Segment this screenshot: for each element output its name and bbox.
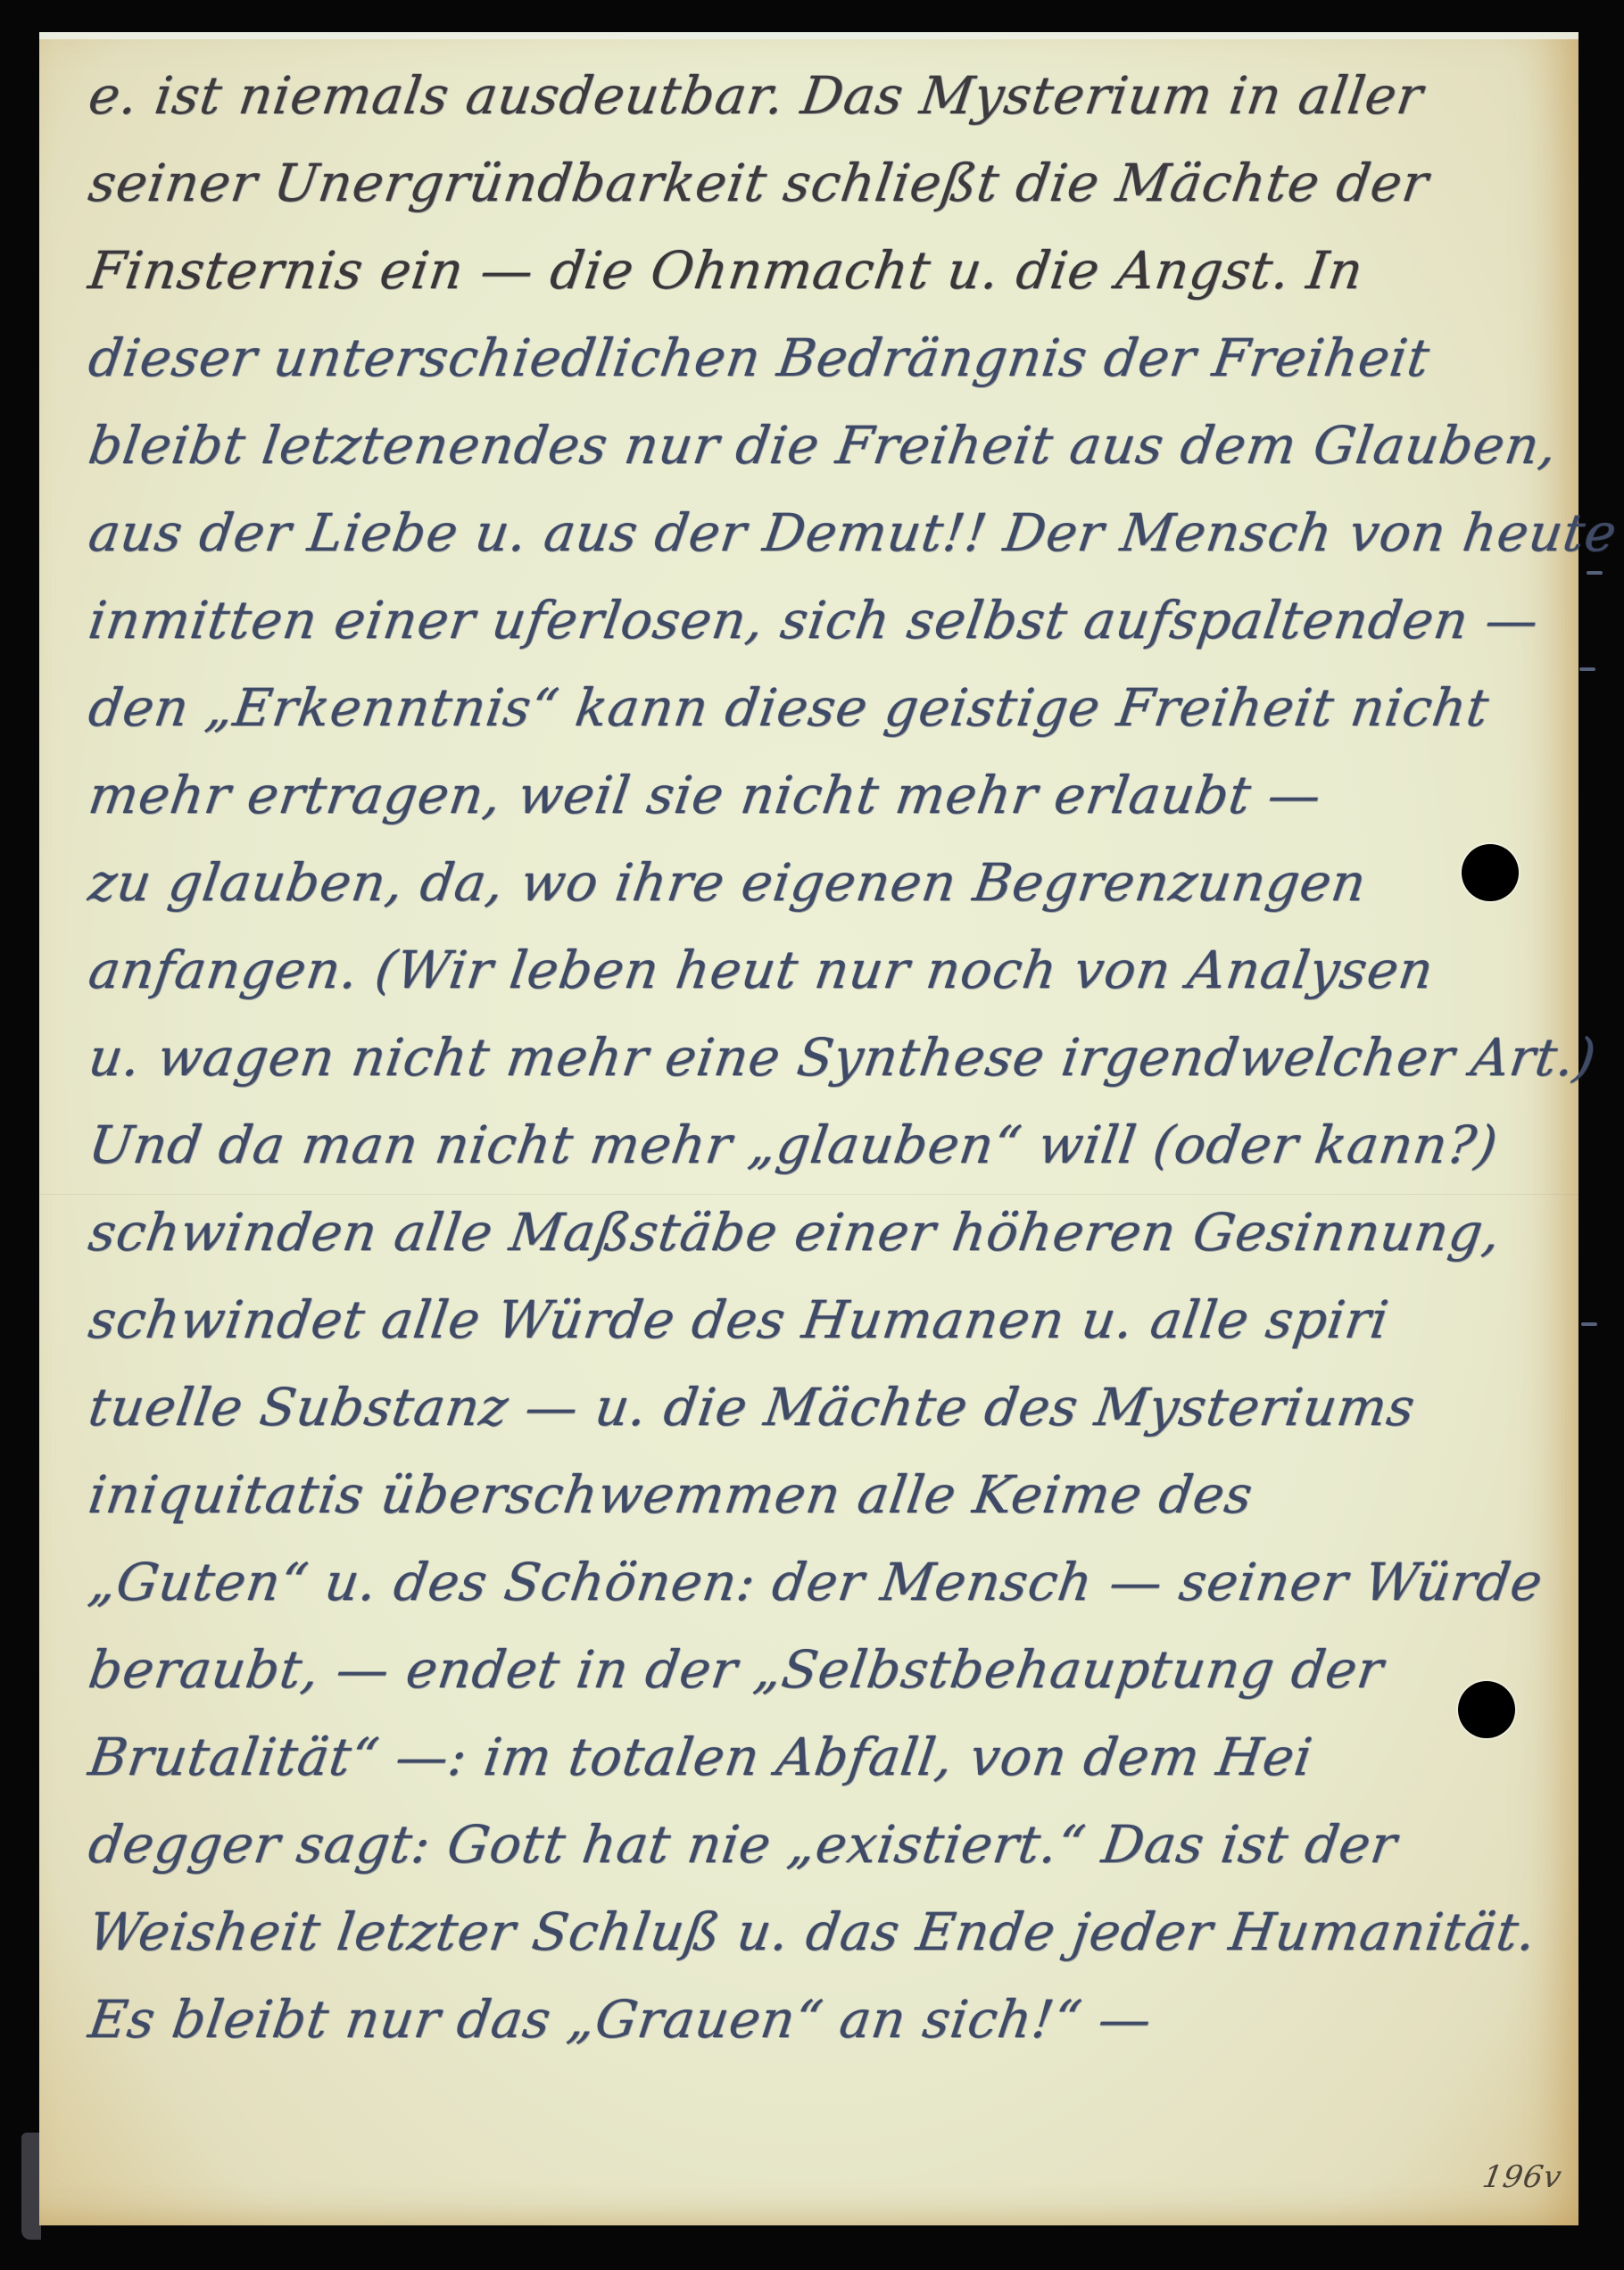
manuscript-line: beraubt, — endet in der „Selbstbehauptun… [83, 1626, 1523, 1713]
manuscript-line: inmitten einer ufer­losen, sich selbst a… [83, 576, 1523, 664]
margin-hyphen-mark [1587, 571, 1603, 575]
manuscript-line: Es bleibt nur das „Grauen“ an sich!“ — [83, 1976, 1523, 2063]
manuscript-line: e. ist niemals ausdeutbar. Das Mysterium… [83, 52, 1523, 139]
underlying-page-edge [21, 2133, 41, 2240]
manuscript-line: seiner Unergründbarkeit schließt die Mäc… [83, 139, 1523, 227]
manuscript-line: schwinden alle Maßstäbe einer höheren Ge… [83, 1189, 1523, 1276]
punch-hole-lower [1458, 1681, 1515, 1738]
margin-hyphen-mark [1581, 1322, 1597, 1326]
manuscript-line: u. wagen nicht mehr eine Synthese irgend… [83, 1014, 1523, 1101]
manuscript-line: bleibt letztenendes nur die Freiheit aus… [83, 402, 1523, 489]
manuscript-line: Brutalität“ —: im totalen Abfall, von de… [83, 1713, 1523, 1801]
punch-hole-upper [1462, 844, 1519, 901]
manuscript-line: anfangen. (Wir leben heut nur noch von A… [83, 926, 1523, 1014]
manuscript-line: iniquitatis überschwemmen alle Keime des [83, 1451, 1523, 1538]
manuscript-line: zu glauben, da, wo ihre eigenen Begrenzu… [83, 839, 1523, 926]
manuscript-line: tuelle Substanz — u. die Mächte des Myst… [83, 1363, 1523, 1451]
margin-hyphen-mark [1579, 667, 1595, 671]
manuscript-line: schwindet alle Würde des Humanen u. alle… [83, 1276, 1523, 1363]
manuscript-line: Und da man nicht mehr „glauben“ will (od… [83, 1101, 1523, 1189]
manuscript-line: degger sagt: Gott hat nie „existiert.“ D… [83, 1801, 1523, 1888]
manuscript-line: den „Erkenntnis“ kann diese geistige Fre… [83, 664, 1523, 751]
manuscript-line: Finsternis ein — die Ohnmacht u. die Ang… [83, 227, 1523, 314]
manuscript-line: aus der Liebe u. aus der Demut!! Der Men… [83, 489, 1523, 576]
handwritten-text: e. ist niemals ausdeutbar. Das Mysterium… [89, 52, 1517, 2063]
manuscript-line: Weisheit letzter Schluß u. das Ende jede… [83, 1888, 1523, 1976]
folio-number: 196v [1479, 2159, 1564, 2195]
manuscript-line: „Guten“ u. des Schönen: der Mensch — sei… [83, 1538, 1523, 1626]
manuscript-line: dieser unterschiedlichen Bedrängnis der … [83, 314, 1523, 402]
manuscript-line: mehr ertragen, weil sie nicht mehr erlau… [83, 751, 1523, 839]
